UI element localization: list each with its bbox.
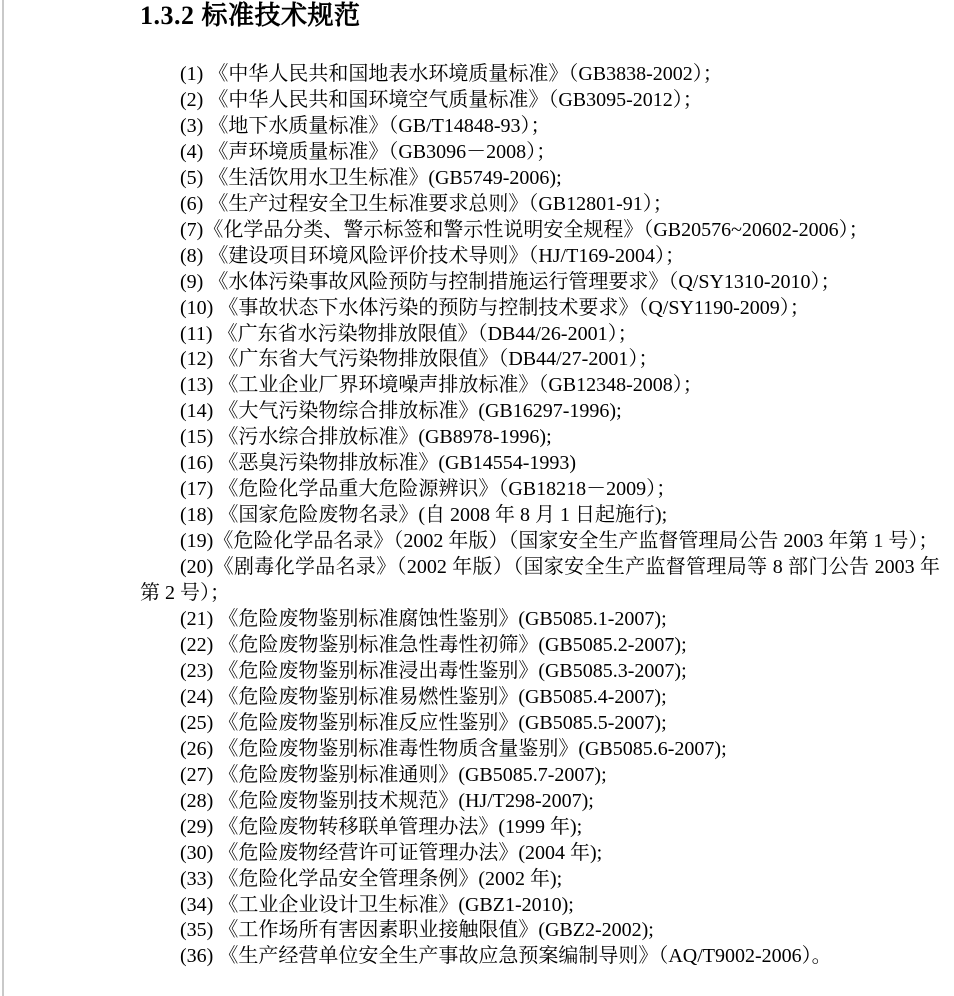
list-item: (11) 《广东省水污染物排放限值》（DB44/26-2001）； [140,322,940,348]
list-item: (14) 《大气污染物综合排放标准》(GB16297-1996); [140,399,940,425]
list-item: (7)《化学品分类、警示标签和警示性说明安全规程》（GB20576~20602-… [140,218,940,244]
list-item: (18) 《国家危险废物名录》(自 2008 年 8 月 1 日起施行); [140,503,940,529]
list-item: (28) 《危险废物鉴别技术规范》(HJ/T298-2007); [140,789,940,815]
list-item: (4) 《声环境质量标准》（GB3096－2008）； [140,140,940,166]
list-item: (22) 《危险废物鉴别标准急性毒性初筛》(GB5085.2-2007); [140,633,940,659]
list-item: (19)《危险化学品名录》（2002 年版）（国家安全生产监督管理局公告 200… [140,529,940,555]
list-item: (8) 《建设项目环境风险评价技术导则》（HJ/T169-2004）； [140,244,940,270]
list-item: (21) 《危险废物鉴别标准腐蚀性鉴别》(GB5085.1-2007); [140,607,940,633]
list-item: (13) 《工业企业厂界环境噪声排放标准》（GB12348-2008）； [140,373,940,399]
list-item: (34) 《工业企业设计卫生标准》(GBZ1-2010); [140,893,940,919]
list-item: (23) 《危险废物鉴别标准浸出毒性鉴别》(GB5085.3-2007); [140,659,940,685]
list-item: (24) 《危险废物鉴别标准易燃性鉴别》(GB5085.4-2007); [140,685,940,711]
section-heading: 1.3.2 标准技术规范 [140,1,940,31]
list-item: (33) 《危险化学品安全管理条例》(2002 年); [140,867,940,893]
list-item: (3) 《地下水质量标准》（GB/T14848-93）； [140,114,940,140]
list-item: (6) 《生产过程安全卫生标准要求总则》（GB12801-91）； [140,192,940,218]
list-item: (15) 《污水综合排放标准》(GB8978-1996); [140,425,940,451]
list-item: (20)《剧毒化学品名录》（2002 年版）（国家安全生产监督管理局等 8 部门… [140,555,940,607]
list-item: (36) 《生产经营单位安全生产事故应急预案编制导则》（AQ/T9002-200… [140,944,940,970]
list-item: (29) 《危险废物转移联单管理办法》(1999 年); [140,815,940,841]
list-item: (10) 《事故状态下水体污染的预防与控制技术要求》（Q/SY1190-2009… [140,296,940,322]
list-item: (2) 《中华人民共和国环境空气质量标准》（GB3095-2012）； [140,88,940,114]
list-item: (35) 《工作场所有害因素职业接触限值》(GBZ2-2002); [140,918,940,944]
list-item: (25) 《危险废物鉴别标准反应性鉴别》(GB5085.5-2007); [140,711,940,737]
list-item: (9) 《水体污染事故风险预防与控制措施运行管理要求》（Q/SY1310-201… [140,270,940,296]
list-item: (16) 《恶臭污染物排放标准》(GB14554-1993) [140,451,940,477]
list-item: (30) 《危险废物经营许可证管理办法》(2004 年); [140,841,940,867]
standards-list: (1) 《中华人民共和国地表水环境质量标准》（GB3838-2002）；(2) … [140,62,940,970]
list-item: (17) 《危险化学品重大危险源辨识》（GB18218－2009）； [140,477,940,503]
document-page: 1.3.2 标准技术规范 (1) 《中华人民共和国地表水环境质量标准》（GB38… [0,0,954,970]
list-item: (26) 《危险废物鉴别标准毒性物质含量鉴别》(GB5085.6-2007); [140,737,940,763]
list-item: (12) 《广东省大气污染物排放限值》（DB44/27-2001）； [140,347,940,373]
list-item: (27) 《危险废物鉴别标准通则》(GB5085.7-2007); [140,763,940,789]
list-item: (1) 《中华人民共和国地表水环境质量标准》（GB3838-2002）； [140,62,940,88]
list-item: (5) 《生活饮用水卫生标准》(GB5749-2006); [140,166,940,192]
